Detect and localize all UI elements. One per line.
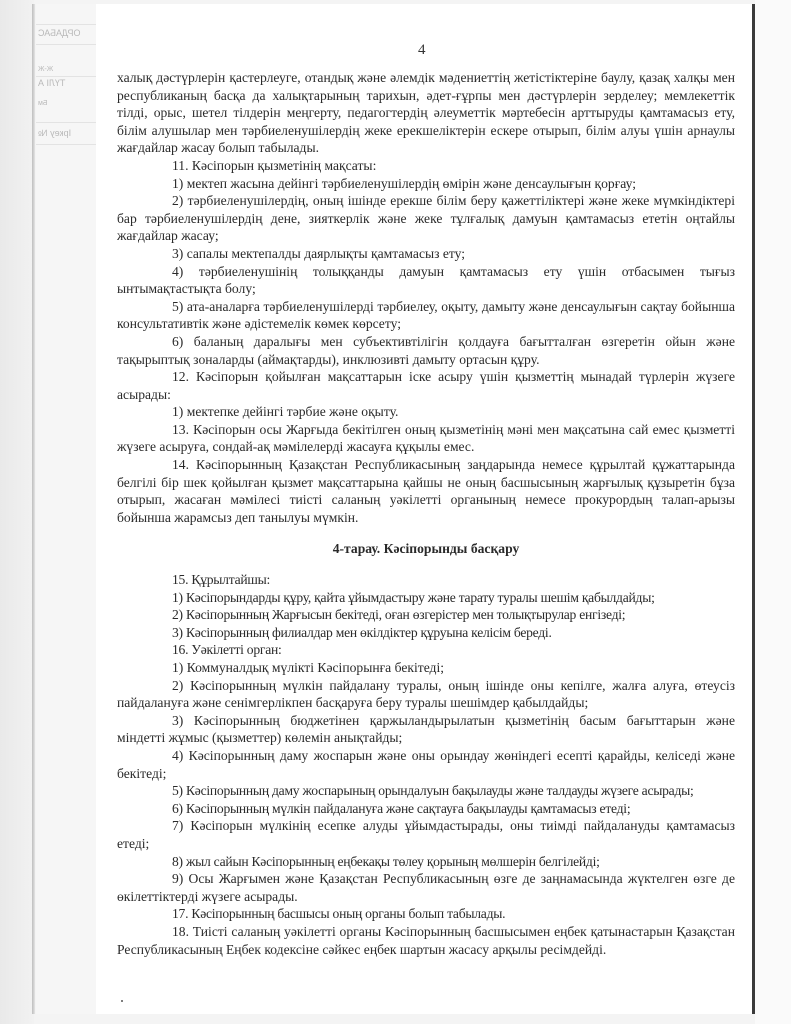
clause-15-item-2: 2) Кәсіпорынның Жарғысын бекітеді, оған … [117,606,735,624]
strip-rule [36,24,96,25]
clause-15: 15. Құрылтайшы: [117,571,735,589]
clause-11-item-4: 4) тәрбиеленушінің толыққанды дамуын қам… [117,263,735,298]
clause-11-item-3: 3) сапалы мектепалды даярлықты қамтамасы… [117,245,735,263]
strip-fragment: ОРДАБАС [38,28,81,38]
strip-rule [36,122,96,123]
strip-fragment: ТҮЛІ А [38,78,65,88]
clause-16-item-8: 8) жыл сайын Кәсіпорынның еңбекақы төлеу… [117,853,735,871]
clause-11-item-1: 1) мектеп жасына дейінгі тәрбиеленушілер… [117,175,735,193]
clause-17: 17. Кәсіпорынның басшысы оның органы бол… [117,905,735,923]
strip-fragment: Ж-Ж [38,66,53,73]
page-number: 4 [418,42,426,59]
document-body: халық дәстүрлерін қастерлеуге, отандық ж… [117,69,735,958]
clause-15-item-1: 1) Кәсіпорындарды құру, қайта ұйымдастыр… [117,589,735,607]
clause-12: 12. Кәсіпорын қойылған мақсаттарын іске … [117,368,735,403]
scan-background-right [755,0,791,1024]
clause-11: 11. Кәсіпорын қызметінің мақсаты: [117,157,735,175]
underlying-page-strip [36,4,97,1014]
chapter-heading: 4-тарау. Кәсіпорынды басқару [117,540,735,558]
strip-fragment: Бм [38,100,47,107]
clause-16-item-4: 4) Кәсіпорынның даму жоспарын және оны о… [117,747,735,782]
clause-14: 14. Кәсіпорынның Қазақстан Республикасын… [117,456,735,526]
clause-12-item-1: 1) мектепке дейінгі тәрбие және оқыту. [117,403,735,421]
clause-16-item-1: 1) Коммуналдық мүлікті Кәсіпорынға бекіт… [117,659,735,677]
clause-11-item-5: 5) ата-аналарға тәрбиеленушілерді тәрбие… [117,298,735,333]
scan-background-left [0,0,34,1024]
clause-16-item-3: 3) Кәсіпорынның бюджетінен қаржыландырыл… [117,712,735,747]
scan-speck [121,1000,123,1002]
scan-shadow-edge [32,4,35,1014]
clause-15-item-3: 3) Кәсіпорынның филиалдар мен өкілдіктер… [117,624,735,642]
clause-16-item-6: 6) Кәсіпорынның мүлкін пайдалануға және … [117,800,735,818]
clause-11-item-6: 6) баланың даралығы мен субъективтілігін… [117,333,735,368]
strip-rule [36,44,96,45]
strip-rule [36,76,96,77]
strip-fragment: Іркеу № [38,128,71,138]
clause-16-item-7: 7) Кәсіпорын мүлкінің есепке алуды ұйымд… [117,817,735,852]
clause-13: 13. Кәсіпорын осы Жарғыда бекітілген оны… [117,421,735,456]
strip-rule [36,144,96,145]
clause-16-item-9: 9) Осы Жарғымен және Қазақстан Республик… [117,870,735,905]
clause-11-item-2: 2) тәрбиеленушілердің, оның ішінде ерекш… [117,192,735,245]
clause-16-item-2: 2) Кәсіпорынның мүлкін пайдалану туралы,… [117,677,735,712]
clause-16: 16. Уәкілетті орган: [117,641,735,659]
clause-18: 18. Тиісті саланың уәкілетті органы Кәсі… [117,923,735,958]
clause-16-item-5: 5) Кәсіпорынның даму жоспарының орындалу… [117,782,735,800]
paragraph-continuation: халық дәстүрлерін қастерлеуге, отандық ж… [117,69,735,157]
